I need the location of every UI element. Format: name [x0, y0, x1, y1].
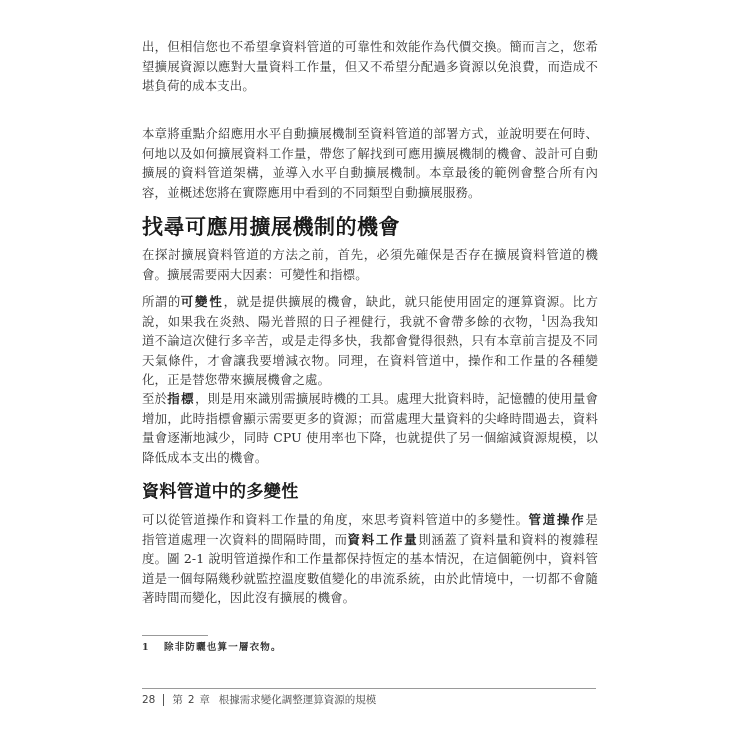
term-variability: 可變性 — [181, 294, 224, 309]
footnote-divider — [142, 635, 208, 636]
footnote-text: 除非防曬也算一層衣物。 — [164, 641, 282, 655]
chapter-title: 根據需求變化調整運算資源的規模 — [219, 692, 377, 708]
text: 至於 — [142, 391, 167, 406]
chapter-label: 第 2 章 — [172, 692, 210, 708]
page-footer: 28 第 2 章 根據需求變化調整運算資源的規模 — [142, 692, 376, 708]
text: 可以從管道操作和資料工作量的角度，來思考資料管道中的多變性。 — [142, 512, 529, 527]
footer-divider — [142, 688, 596, 689]
subsection-heading: 資料管道中的多變性 — [142, 479, 299, 505]
text: ，則是用來識別需擴展時機的工具。處理大批資料時，記憶體的使用量會增加，此時指標會… — [142, 391, 598, 465]
paragraph-variability: 所謂的可變性，就是提供擴展的機會，缺此，就只能使用固定的運算資源。比方說，如果我… — [142, 292, 598, 390]
term-metrics: 指標 — [167, 391, 195, 406]
paragraph-intro-continued: 出，但相信您也不希望拿資料管道的可靠性和效能作為代價交換。簡而言之，您希望擴展資… — [142, 37, 598, 96]
paragraph-section-intro: 在探討擴展資料管道的方法之前，首先，必須先確保是否存在擴展資料管道的機會。擴展需… — [142, 245, 598, 284]
section-heading: 找尋可應用擴展機制的機會 — [142, 212, 400, 242]
page-number: 28 — [142, 692, 155, 708]
book-page: 出，但相信您也不希望拿資料管道的可靠性和效能作為代價交換。簡而言之，您希望擴展資… — [142, 0, 598, 750]
text: 所謂的 — [142, 294, 181, 309]
footnote-number: 1 — [142, 641, 164, 655]
paragraph-chapter-overview: 本章將重點介紹應用水平自動擴展機制至資料管道的部署方式，並說明要在何時、何地以及… — [142, 124, 598, 202]
paragraph-metrics: 至於指標，則是用來識別需擴展時機的工具。處理大批資料時，記憶體的使用量會增加，此… — [142, 389, 598, 467]
footnote: 1 除非防曬也算一層衣物。 — [142, 641, 282, 655]
paragraph-pipeline-variability: 可以從管道操作和資料工作量的角度，來思考資料管道中的多變性。管道操作是指管道處理… — [142, 510, 598, 608]
term-pipeline-operations: 管道操作 — [529, 512, 586, 527]
footer-separator — [163, 694, 164, 706]
term-data-workload: 資料工作量 — [348, 532, 419, 547]
